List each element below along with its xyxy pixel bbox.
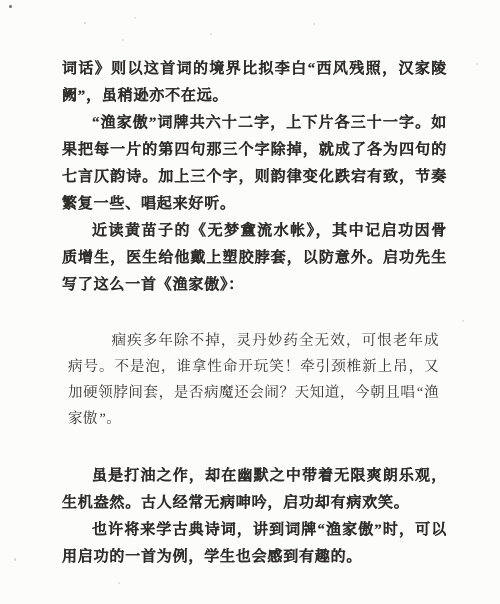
scan-speck bbox=[210, 33, 212, 35]
paragraph-closing-teaching: 也许将来学古典诗词，讲到词牌“渔家傲”时，可以用启功的一首为例，学生也会感到有趣… bbox=[62, 517, 447, 571]
scan-speck bbox=[476, 63, 478, 65]
book-page: 词话》则以这首词的境界比拟李白“西风残照，汉家陵阙”，虽稍逊亦不在远。 “渔家傲… bbox=[0, 0, 500, 604]
paragraph-cihua-continuation: 词话》则以这首词的境界比拟李白“西风残照，汉家陵阙”，虽稍逊亦不在远。 bbox=[62, 56, 447, 110]
quoted-poem-yujiaao: 痼疾多年除不掉，灵丹妙药全无效，可恨老年成病号。不是泡，谁拿性命开玩笑！牵引颈椎… bbox=[68, 328, 439, 432]
scan-speck bbox=[14, 558, 16, 561]
scan-speck bbox=[9, 5, 12, 8]
paragraph-comment-dayou: 虽是打油之作，却在幽默之中带着无限爽朗乐观，生机盎然。古人经常无病呻吟，启功却有… bbox=[62, 463, 447, 517]
scan-speck bbox=[134, 17, 136, 19]
paragraph-huang-miaozi-anecdote: 近读黄苗子的《无梦盦流水帐》，其中记启功因骨质增生，医生给他戴上塑胶脖套，以防意… bbox=[62, 218, 447, 299]
scan-speck bbox=[118, 582, 120, 584]
paragraph-cipai-structure: “渔家傲”词牌共六十二字，上下片各三十一字。如果把每一片的第四句那三个字除掉，就… bbox=[62, 110, 447, 218]
scan-speck bbox=[122, 39, 124, 41]
scan-speck bbox=[84, 22, 86, 24]
scan-speck bbox=[462, 320, 464, 322]
scan-speck bbox=[313, 23, 315, 25]
